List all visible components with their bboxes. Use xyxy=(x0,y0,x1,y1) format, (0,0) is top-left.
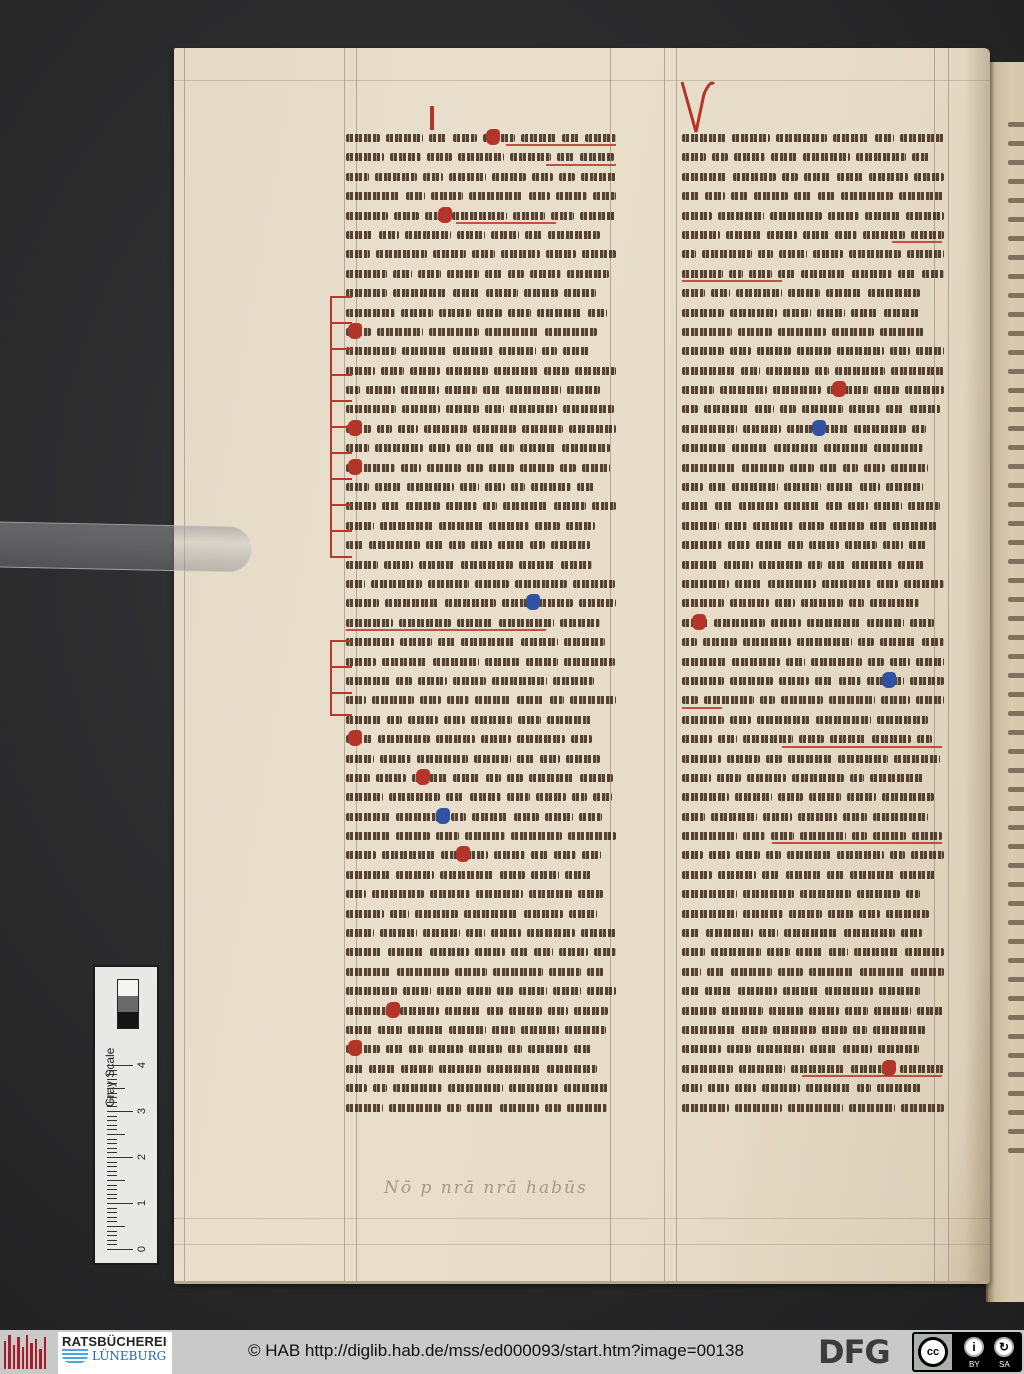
facing-text-line xyxy=(1008,331,1024,336)
ruler-tick xyxy=(107,1226,125,1227)
cc-by-sa-license-badge[interactable]: cc i ↻ BY SA xyxy=(912,1332,1022,1372)
ruler-tick xyxy=(107,1194,117,1195)
ruling-line xyxy=(174,1218,990,1219)
ruler-tick xyxy=(107,1129,117,1130)
dfg-logo[interactable]: DFG xyxy=(818,1336,890,1368)
ratsbuecherei-bars-logo xyxy=(4,1335,46,1369)
text-line xyxy=(682,671,944,690)
text-line xyxy=(682,826,944,845)
manuscript-scan-image: Nō p nrā nrā habūs Gray Scale 01234 xyxy=(0,0,1024,1330)
ruling-line xyxy=(174,80,990,81)
ruler-tick xyxy=(107,1221,117,1222)
red-initial xyxy=(486,129,500,145)
ruler-tick xyxy=(107,1102,117,1103)
facing-text-line xyxy=(1008,312,1024,317)
text-line xyxy=(346,399,616,418)
text-line xyxy=(346,244,616,263)
facing-text-line xyxy=(1008,1110,1024,1115)
ruling-line xyxy=(676,48,677,1281)
rubric-underline xyxy=(456,222,556,224)
blue-initial xyxy=(436,808,450,824)
facing-text-line xyxy=(1008,1148,1024,1153)
text-line xyxy=(682,147,944,166)
facing-text-line xyxy=(1008,673,1024,678)
rubric-underline xyxy=(892,241,942,243)
rubric-underline xyxy=(802,1075,942,1077)
ruling-line xyxy=(948,48,949,1281)
ratsbuecherei-logo[interactable]: RATSBÜCHEREI LÜNEBURG xyxy=(58,1332,172,1374)
facing-text-line xyxy=(1008,1034,1024,1039)
facing-text-line xyxy=(1008,863,1024,868)
text-line xyxy=(346,419,616,438)
ruler-tick xyxy=(107,1240,117,1241)
ruler-tick xyxy=(107,1134,125,1135)
ruling-line xyxy=(344,48,345,1281)
text-line xyxy=(346,632,616,651)
text-line xyxy=(682,865,944,884)
ruler-tick xyxy=(107,1139,117,1140)
text-line xyxy=(346,167,616,186)
bracket-tick xyxy=(330,692,352,694)
text-line xyxy=(346,1059,616,1078)
rubric-underline xyxy=(346,629,546,631)
text-line xyxy=(346,477,616,496)
ruler-tick xyxy=(107,1097,117,1098)
facing-text-line xyxy=(1008,711,1024,716)
ruler-tick xyxy=(107,1189,117,1190)
text-line xyxy=(346,729,616,748)
ruler-tick xyxy=(107,1208,117,1209)
facing-text-line xyxy=(1008,160,1024,165)
red-initial xyxy=(386,1002,400,1018)
text-line xyxy=(346,981,616,1000)
text-line xyxy=(346,923,616,942)
share-alike-icon: ↻ xyxy=(994,1337,1014,1357)
red-initial xyxy=(348,323,362,339)
text-line xyxy=(682,283,944,302)
ruler-number: 4 xyxy=(136,1062,148,1068)
facing-text-line xyxy=(1008,806,1024,811)
facing-text-line xyxy=(1008,1072,1024,1077)
facing-text-line xyxy=(1008,844,1024,849)
text-line xyxy=(682,206,944,225)
text-line xyxy=(682,1001,944,1020)
bracket-tick xyxy=(330,374,352,376)
ruler-tick xyxy=(107,1235,117,1236)
by-label: BY xyxy=(969,1360,980,1369)
bracket-tick xyxy=(330,322,352,324)
ruler-tick xyxy=(107,1125,117,1126)
ruler-tick xyxy=(107,1180,125,1181)
text-line xyxy=(682,632,944,651)
text-line xyxy=(346,1039,616,1058)
ruler-tick xyxy=(107,1231,117,1232)
ruler-tick xyxy=(107,1070,117,1071)
text-line xyxy=(682,361,944,380)
text-line xyxy=(346,496,616,515)
bracket-tick xyxy=(330,640,352,642)
text-line xyxy=(682,652,944,671)
ruling-line xyxy=(664,48,665,1281)
swatch-gray xyxy=(118,996,138,1012)
facing-text-line xyxy=(1008,616,1024,621)
ruler-tick xyxy=(107,1083,117,1084)
text-line xyxy=(346,1001,616,1020)
swatch-white xyxy=(118,980,138,996)
logo-line-1: RATSBÜCHEREI xyxy=(62,1334,168,1349)
text-line xyxy=(682,186,944,205)
ruler-tick xyxy=(107,1249,133,1250)
text-line xyxy=(682,787,944,806)
text-line xyxy=(682,516,944,535)
open-book-icon xyxy=(62,1349,88,1363)
bracket-tick xyxy=(330,504,352,506)
text-line xyxy=(346,264,616,283)
text-line xyxy=(346,807,616,826)
facing-text-line xyxy=(1008,597,1024,602)
ruling-line xyxy=(174,1244,990,1245)
red-initial xyxy=(416,769,430,785)
text-line xyxy=(346,593,616,612)
facing-text-line xyxy=(1008,483,1024,488)
text-line xyxy=(682,264,944,283)
facing-text-line xyxy=(1008,464,1024,469)
red-initial xyxy=(456,846,470,862)
blue-initial xyxy=(526,594,540,610)
text-line xyxy=(346,516,616,535)
text-line xyxy=(682,768,944,787)
facing-text-line xyxy=(1008,521,1024,526)
facing-page-edge xyxy=(986,62,1024,1302)
facing-text-line xyxy=(1008,122,1024,127)
ruler-tick xyxy=(107,1143,117,1144)
facing-text-line xyxy=(1008,559,1024,564)
facing-text-line xyxy=(1008,939,1024,944)
text-line xyxy=(346,438,616,457)
text-line xyxy=(346,613,616,632)
facing-text-line xyxy=(1008,445,1024,450)
rubric-bracket xyxy=(330,640,332,714)
ruler-tick xyxy=(107,1217,117,1218)
ruler-tick xyxy=(107,1148,117,1149)
facing-text-line xyxy=(1008,882,1024,887)
text-line xyxy=(682,399,944,418)
text-line xyxy=(682,923,944,942)
text-line xyxy=(346,283,616,302)
text-line xyxy=(346,186,616,205)
manuscript-leaf: Nō p nrā nrā habūs xyxy=(174,48,990,1284)
decorated-initial-v xyxy=(680,76,716,136)
text-line xyxy=(682,438,944,457)
facing-text-line xyxy=(1008,179,1024,184)
facing-text-line xyxy=(1008,255,1024,260)
text-line xyxy=(682,380,944,399)
facing-text-line xyxy=(1008,825,1024,830)
red-initial xyxy=(692,614,706,630)
ruler-tick xyxy=(107,1065,133,1066)
marginal-note: Nō p nrā nrā habūs xyxy=(384,1178,588,1198)
ruler-tick xyxy=(107,1157,133,1158)
ruler-tick xyxy=(107,1120,117,1121)
text-line xyxy=(346,787,616,806)
logo-line-2: LÜNEBURG xyxy=(92,1349,166,1363)
text-line xyxy=(346,845,616,864)
facing-text-line xyxy=(1008,540,1024,545)
ruler-number: 1 xyxy=(136,1200,148,1206)
text-line xyxy=(346,671,616,690)
facing-text-line xyxy=(1008,293,1024,298)
ruler-tick xyxy=(107,1244,117,1245)
facing-text-line xyxy=(1008,350,1024,355)
viewer-footer: RATSBÜCHEREI LÜNEBURG © HAB http://digli… xyxy=(0,1330,1024,1374)
facing-text-line xyxy=(1008,426,1024,431)
facing-text-line xyxy=(1008,1015,1024,1020)
text-line xyxy=(682,535,944,554)
text-line xyxy=(682,1059,944,1078)
ruler-tick xyxy=(107,1152,117,1153)
bracket-tick xyxy=(330,478,352,480)
facing-text-line xyxy=(1008,578,1024,583)
facing-text-line xyxy=(1008,198,1024,203)
text-line xyxy=(682,942,944,961)
facing-text-line xyxy=(1008,654,1024,659)
attribution-person-icon: i xyxy=(964,1337,984,1357)
text-line xyxy=(346,206,616,225)
ruler-tick xyxy=(107,1185,117,1186)
ruler-tick xyxy=(107,1093,117,1094)
facing-text-line xyxy=(1008,996,1024,1001)
text-line xyxy=(682,303,944,322)
facing-text-line xyxy=(1008,217,1024,222)
blue-initial xyxy=(882,672,896,688)
ruler-tick xyxy=(107,1198,117,1199)
text-line xyxy=(346,380,616,399)
text-line xyxy=(346,768,616,787)
text-line xyxy=(682,749,944,768)
text-line xyxy=(682,419,944,438)
text-line xyxy=(682,1098,944,1117)
ruling-line xyxy=(184,48,185,1281)
rubric-underline xyxy=(546,164,616,166)
text-line xyxy=(346,535,616,554)
attribution-link[interactable]: © HAB http://diglib.hab.de/mss/ed000093/… xyxy=(248,1341,744,1361)
text-line xyxy=(682,1020,944,1039)
text-line xyxy=(346,1078,616,1097)
bracket-tick xyxy=(330,348,352,350)
glass-page-weight xyxy=(0,521,252,572)
text-line xyxy=(682,690,944,709)
red-initial xyxy=(882,1060,896,1076)
facing-text-line xyxy=(1008,920,1024,925)
red-initial xyxy=(832,381,846,397)
text-line xyxy=(346,341,616,360)
bracket-tick xyxy=(330,666,352,668)
text-line xyxy=(346,303,616,322)
text-line xyxy=(346,128,616,147)
text-line xyxy=(346,942,616,961)
facing-text-line xyxy=(1008,901,1024,906)
facing-text-line xyxy=(1008,274,1024,279)
text-line xyxy=(346,1098,616,1117)
text-line xyxy=(682,962,944,981)
text-line xyxy=(346,865,616,884)
gutter-shadow xyxy=(964,48,990,1281)
bracket-tick xyxy=(330,400,352,402)
facing-text-line xyxy=(1008,407,1024,412)
ruler-tick xyxy=(107,1088,125,1089)
facing-text-line xyxy=(1008,787,1024,792)
rubric-underline xyxy=(682,280,782,282)
red-initial xyxy=(438,207,452,223)
text-line xyxy=(682,613,944,632)
swatch-black xyxy=(118,1012,138,1028)
facing-text-line xyxy=(1008,502,1024,507)
bracket-tick xyxy=(330,452,352,454)
text-line xyxy=(682,729,944,748)
ruler-number: 0 xyxy=(136,1246,148,1252)
text-line xyxy=(346,710,616,729)
facing-text-line xyxy=(1008,768,1024,773)
text-line xyxy=(682,574,944,593)
ruler-number: 2 xyxy=(136,1154,148,1160)
facing-text-line xyxy=(1008,958,1024,963)
text-line xyxy=(682,128,944,147)
ruler-tick xyxy=(107,1203,133,1204)
text-column-left xyxy=(346,128,616,1117)
ruler-tick xyxy=(107,1175,117,1176)
text-line xyxy=(682,167,944,186)
facing-text-line xyxy=(1008,730,1024,735)
ruler-tick xyxy=(107,1166,117,1167)
rubric-underline xyxy=(772,842,942,844)
text-line xyxy=(346,147,616,166)
text-line xyxy=(346,962,616,981)
ruler-tick xyxy=(107,1074,117,1075)
bracket-tick xyxy=(330,426,352,428)
text-line xyxy=(682,981,944,1000)
ruler-tick xyxy=(107,1111,133,1112)
text-line xyxy=(682,1039,944,1058)
facing-text-line xyxy=(1008,692,1024,697)
bracket-tick xyxy=(330,530,352,532)
text-line xyxy=(682,593,944,612)
text-line xyxy=(682,322,944,341)
facing-text-line xyxy=(1008,369,1024,374)
text-line xyxy=(346,904,616,923)
facing-text-line xyxy=(1008,236,1024,241)
red-initial xyxy=(348,730,362,746)
text-line xyxy=(346,361,616,380)
text-line xyxy=(346,555,616,574)
ruler-tick xyxy=(107,1162,117,1163)
rubric-underline xyxy=(682,707,722,709)
text-line xyxy=(682,710,944,729)
facing-text-line xyxy=(1008,388,1024,393)
ruler-tick xyxy=(107,1106,117,1107)
blue-initial xyxy=(812,420,826,436)
rubric-underline xyxy=(506,144,616,146)
text-line xyxy=(682,225,944,244)
red-initial xyxy=(348,1040,362,1056)
text-line xyxy=(346,652,616,671)
text-line xyxy=(682,884,944,903)
text-line xyxy=(346,884,616,903)
creative-commons-icon: cc xyxy=(918,1337,948,1367)
bracket-tick xyxy=(330,296,352,298)
bracket-tick xyxy=(330,556,352,558)
text-line xyxy=(346,826,616,845)
facing-text-line xyxy=(1008,1129,1024,1134)
text-line xyxy=(346,458,616,477)
facing-text-line xyxy=(1008,749,1024,754)
text-line xyxy=(682,807,944,826)
text-line xyxy=(682,477,944,496)
ruler-tick xyxy=(107,1171,117,1172)
text-line xyxy=(682,904,944,923)
ruler-tick xyxy=(107,1212,117,1213)
facing-text-line xyxy=(1008,977,1024,982)
text-line xyxy=(682,496,944,515)
ruler-tick xyxy=(107,1116,117,1117)
text-line xyxy=(346,225,616,244)
text-line xyxy=(346,690,616,709)
text-line xyxy=(682,555,944,574)
text-line xyxy=(682,845,944,864)
ruler-tick xyxy=(107,1079,117,1080)
rubric-underline xyxy=(782,746,942,748)
ascender-flourish-red xyxy=(430,106,434,130)
facing-text-line xyxy=(1008,635,1024,640)
text-column-right xyxy=(682,128,944,1117)
ruler-number: 3 xyxy=(136,1108,148,1114)
text-line xyxy=(682,458,944,477)
facing-text-line xyxy=(1008,1053,1024,1058)
text-line xyxy=(682,244,944,263)
gray-scale-swatches xyxy=(117,979,139,1029)
text-line xyxy=(346,574,616,593)
facing-text-line xyxy=(1008,1091,1024,1096)
text-line xyxy=(346,749,616,768)
red-initial xyxy=(348,459,362,475)
facing-text-line xyxy=(1008,141,1024,146)
text-line xyxy=(682,1078,944,1097)
sa-label: SA xyxy=(999,1360,1010,1369)
text-line xyxy=(346,322,616,341)
bracket-tick xyxy=(330,714,352,716)
gray-scale-card: Gray Scale 01234 xyxy=(93,965,159,1265)
text-line xyxy=(682,341,944,360)
text-line xyxy=(346,1020,616,1039)
